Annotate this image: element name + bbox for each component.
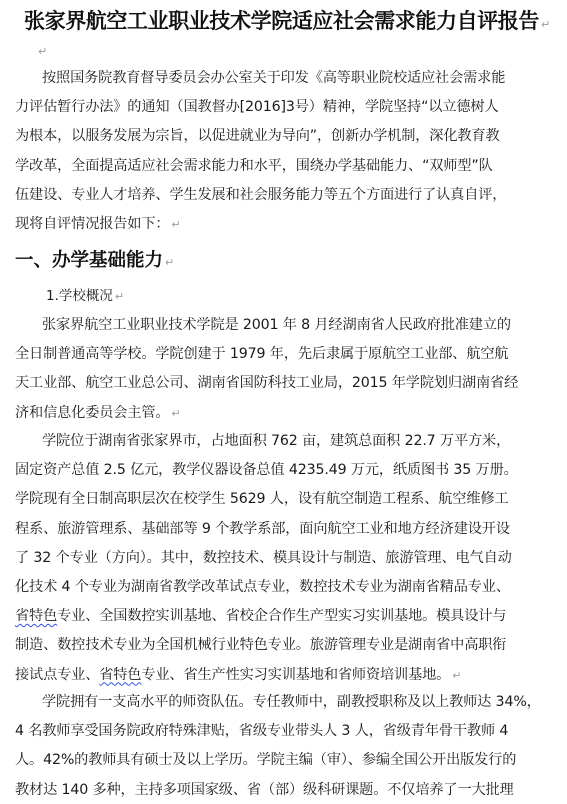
text-line-content: 现将自评情况报告如下： — [15, 216, 169, 232]
text-line-content: 专业、全国数控实训基地、省校企合作生产型实习实训基地。模具设计与 — [57, 608, 506, 624]
subsection-heading: 1.学校概况↵ — [46, 284, 124, 304]
text-line: 制造、数控技术专业为全国机械行业特色专业。旅游管理专业是湖南省中高职衔 — [15, 631, 555, 660]
text-line: 程系、旅游管理系、基础部等 9 个教学系部，面向航空工业和地方经济建设开设 — [15, 515, 555, 544]
overview-paragraph-1: 张家界航空工业职业技术学院是 2001 年 8 月经湖南省人民政府批准建立的 全… — [15, 311, 555, 428]
text-line: 学院现有全日制高职层次在校学生 5629 人，设有航空制造工程系、航空维修工 — [15, 485, 555, 514]
text-line: 学院位于湖南省张家界市，占地面积 762 亩，建筑总面积 22.7 万平方米， — [15, 427, 555, 456]
subsection-heading-text: 1.学校概况 — [46, 288, 113, 304]
paragraph-mark-icon: ↵ — [115, 290, 124, 303]
text-line: 省特色专业、全国数控实训基地、省校企合作生产型实习实训基地。模具设计与 — [15, 602, 555, 631]
text-line-content: 济和信息化委员会主管。 — [15, 405, 169, 421]
text-line: 4 名教师享受国务院政府特殊津贴，省级专业带头人 3 人，省级青年骨干教师 4 — [15, 717, 555, 746]
text-line-content: 专业、省生产性实习实训基地和省师资培训基地。 — [141, 667, 450, 683]
overview-paragraph-2: 学院位于湖南省张家界市，占地面积 762 亩，建筑总面积 22.7 万平方米， … — [15, 427, 555, 690]
text-line: 济和信息化委员会主管。↵ — [15, 399, 555, 428]
intro-paragraph: 按照国务院教育督导委员会办公室关于印发《高等职业院校适应社会需求能 力评估暂行办… — [15, 64, 555, 239]
paragraph-mark-icon: ↵ — [541, 18, 550, 31]
text-line: 全日制普通高等学校。学院创建于 1979 年，先后隶属于原航空工业部、航空航 — [15, 340, 555, 369]
empty-paragraph-mark-icon: ↵ — [38, 45, 47, 58]
section-heading: 一、办学基础能力↵ — [15, 246, 174, 272]
text-line: 伍建设、专业人才培养、学生发展和社会服务能力等五个方面进行了认真自评， — [15, 181, 555, 210]
text-line: 按照国务院教育督导委员会办公室关于印发《高等职业院校适应社会需求能 — [15, 64, 555, 93]
title-text: 张家界航空工业职业技术学院适应社会需求能力自评报告 — [24, 9, 539, 33]
text-line: 天工业部、航空工业总公司、湖南省国防科技工业局，2015 年学院划归湖南省经 — [15, 369, 555, 398]
text-line: 学改革，全面提高适应社会需求能力和水平，围绕办学基础能力、“双师型”队 — [15, 152, 555, 181]
paragraph-mark-icon: ↵ — [171, 407, 180, 420]
spellcheck-flagged-word[interactable]: 省特色 — [99, 667, 141, 683]
text-line: 为根本，以服务发展为宗旨，以促进就业为导向”，创新办学机制，深化教育教 — [15, 122, 555, 151]
text-line: 张家界航空工业职业技术学院是 2001 年 8 月经湖南省人民政府批准建立的 — [15, 311, 555, 340]
text-line: 化技术 4 个专业为湖南省教学改革试点专业，数控技术专业为湖南省精品专业、 — [15, 573, 555, 602]
document-page: 张家界航空工业职业技术学院适应社会需求能力自评报告↵ ↵ 按照国务院教育督导委员… — [0, 0, 567, 804]
text-line-content: 接试点专业、 — [15, 667, 99, 683]
spellcheck-flagged-word[interactable]: 省特色 — [15, 608, 57, 624]
paragraph-mark-icon: ↵ — [452, 669, 461, 682]
section-heading-text: 一、办学基础能力 — [15, 250, 163, 271]
overview-paragraph-3: 学院拥有一支高水平的师资队伍。专任教师中，副教授职称及以上教师达 34%， 4 … — [15, 688, 555, 804]
text-line: 力评估暂行办法》的通知（国教督办[2016]3号）精神，学院坚持“以立德树人 — [15, 93, 555, 122]
text-line: 固定资产总值 2.5 亿元，教学仪器设备总值 4235.49 万元，纸质图书 3… — [15, 456, 555, 485]
text-line: 接试点专业、省特色专业、省生产性实习实训基地和省师资培训基地。↵ — [15, 661, 555, 690]
paragraph-mark-icon: ↵ — [171, 218, 180, 231]
document-title: 张家界航空工业职业技术学院适应社会需求能力自评报告↵ — [24, 5, 564, 35]
text-line: 现将自评情况报告如下：↵ — [15, 210, 555, 239]
paragraph-mark-icon: ↵ — [165, 256, 174, 269]
text-line: 教材达 140 多种，主持多项国家级、省（部）级科研课题。不仅培养了一大批理 — [15, 776, 555, 804]
text-line: 人。42%的教师具有硕士及以上学历。学院主编（审）、参编全国公开出版发行的 — [15, 746, 555, 775]
text-line: 学院拥有一支高水平的师资队伍。专任教师中，副教授职称及以上教师达 34%， — [15, 688, 555, 717]
text-line: 了 32 个专业（方向）。其中，数控技术、模具设计与制造、旅游管理、电气自动 — [15, 544, 555, 573]
